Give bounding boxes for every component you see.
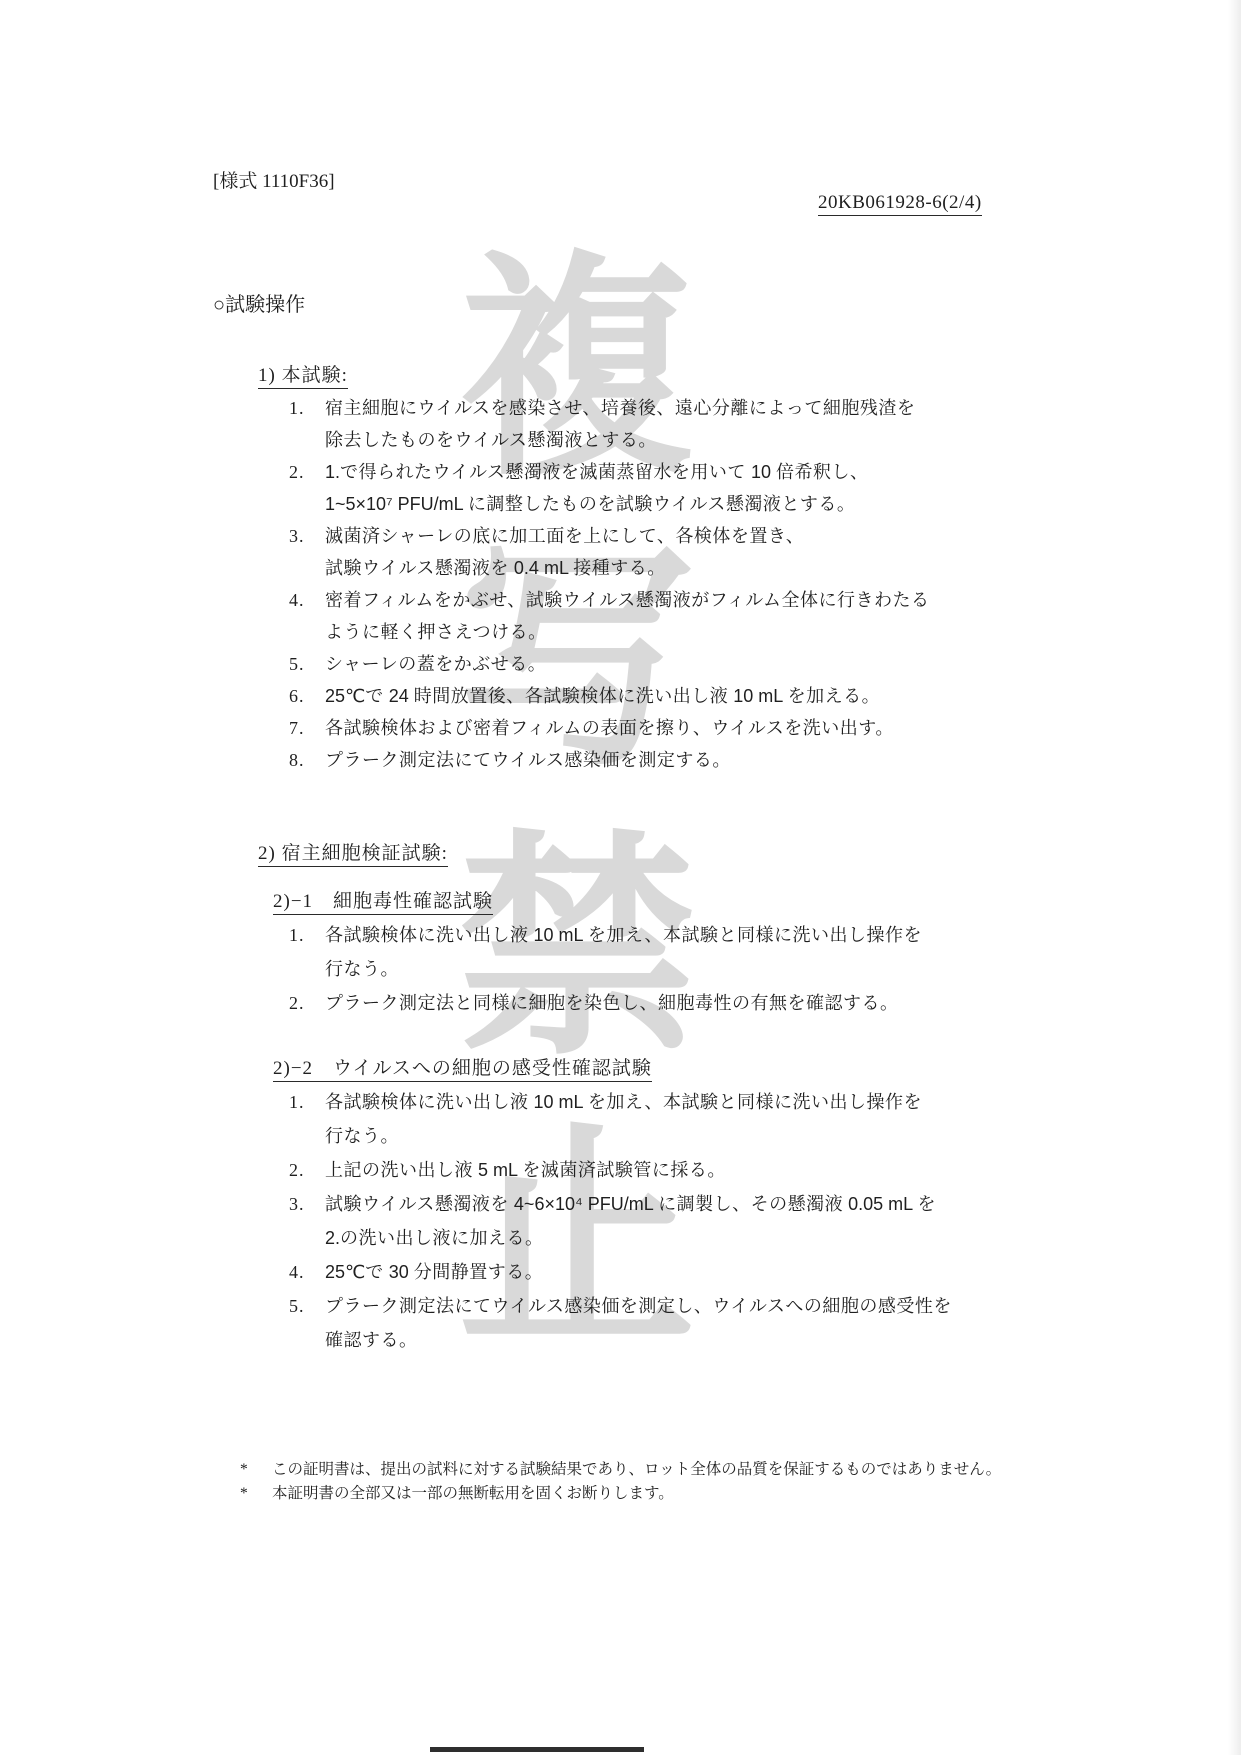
- item-lines: 試験ウイルス懸濁液を 4~6×10⁴ PFU/mL に調製し、その懸濁液 0.0…: [325, 1187, 1203, 1255]
- item-line: 行なう。: [325, 1119, 1203, 1153]
- footnote-marker: *: [240, 1458, 272, 1482]
- item-lines: 上記の洗い出し液 5 mL を滅菌済試験管に採る。: [325, 1153, 1203, 1187]
- item-line: 行なう。: [325, 952, 1203, 986]
- item-line: 1.で得られたウイルス懸濁液を滅菌蒸留水を用いて 10 倍希釈し、: [325, 456, 1203, 488]
- item-number: 2.: [289, 456, 325, 520]
- item-number: 7.: [289, 712, 325, 744]
- item-lines: 密着フィルムをかぶせ、試験ウイルス懸濁液がフィルム全体に行きわたるように軽く押さ…: [325, 584, 1203, 648]
- item-line: 試験ウイルス懸濁液を 4~6×10⁴ PFU/mL に調製し、その懸濁液 0.0…: [325, 1187, 1203, 1221]
- item-lines: 25℃で 24 時間放置後、各試験検体に洗い出し液 10 mL を加える。: [325, 680, 1203, 712]
- list-item: 1.宿主細胞にウイルスを感染させ、培養後、遠心分離によって細胞残渣を除去したもの…: [289, 392, 1203, 456]
- list-item: 4.25℃で 30 分間静置する。: [289, 1255, 1203, 1289]
- list-item: 1.各試験検体に洗い出し液 10 mL を加え、本試験と同様に洗い出し操作を行な…: [289, 1085, 1203, 1153]
- scan-bottom-mark: [430, 1747, 644, 1752]
- list-item: 5.シャーレの蓋をかぶせる。: [289, 648, 1203, 680]
- document-page: 複写禁止 [様式 1110F36] 20KB061928-6(2/4) ○試験操…: [0, 0, 1241, 1755]
- page-title: ○試験操作: [213, 288, 1203, 322]
- item-number: 1.: [289, 918, 325, 986]
- item-lines: 25℃で 30 分間静置する。: [325, 1255, 1203, 1289]
- item-lines: プラーク測定法と同様に細胞を染色し、細胞毒性の有無を確認する。: [325, 986, 1203, 1020]
- item-line: プラーク測定法にてウイルス感染価を測定し、ウイルスへの細胞の感受性を: [325, 1289, 1203, 1323]
- list-item: 7.各試験検体および密着フィルムの表面を擦り、ウイルスを洗い出す。: [289, 712, 1203, 744]
- section-heading-text: 2)−1 細胞毒性確認試験: [273, 891, 493, 915]
- item-number: 3.: [289, 520, 325, 584]
- item-number: 8.: [289, 744, 325, 776]
- footnote-text: 本証明書の全部又は一部の無断転用を固くお断りします。: [272, 1482, 674, 1506]
- document-number: 20KB061928-6(2/4): [818, 192, 982, 216]
- list-item: 2.プラーク測定法と同様に細胞を染色し、細胞毒性の有無を確認する。: [289, 986, 1203, 1020]
- section: 2) 宿主細胞検証試験:: [213, 838, 1203, 870]
- section: 2)−2 ウイルスへの細胞の感受性確認試験1.各試験検体に洗い出し液 10 mL…: [213, 1053, 1203, 1357]
- list-item: 2.1.で得られたウイルス懸濁液を滅菌蒸留水を用いて 10 倍希釈し、1~5×1…: [289, 456, 1203, 520]
- item-lines: 各試験検体に洗い出し液 10 mL を加え、本試験と同様に洗い出し操作を行なう。: [325, 1085, 1203, 1153]
- footnote: *この証明書は、提出の試料に対する試験結果であり、ロット全体の品質を保証するもの…: [240, 1458, 1001, 1482]
- section-heading-text: 2)−2 ウイルスへの細胞の感受性確認試験: [273, 1058, 652, 1082]
- item-line: 試験ウイルス懸濁液を 0.4 mL 接種する。: [325, 552, 1203, 584]
- item-number: 4.: [289, 584, 325, 648]
- document-body: ○試験操作 1) 本試験:1.宿主細胞にウイルスを感染させ、培養後、遠心分離によ…: [213, 288, 1203, 1357]
- section-heading: 2) 宿主細胞検証試験:: [213, 838, 1203, 870]
- list-item: 3.試験ウイルス懸濁液を 4~6×10⁴ PFU/mL に調製し、その懸濁液 0…: [289, 1187, 1203, 1255]
- item-line: 1~5×10⁷ PFU/mL に調整したものを試験ウイルス懸濁液とする。: [325, 488, 1203, 520]
- section-heading-text: 1) 本試験:: [258, 365, 348, 389]
- item-lines: シャーレの蓋をかぶせる。: [325, 648, 1203, 680]
- item-lines: 各試験検体および密着フィルムの表面を擦り、ウイルスを洗い出す。: [325, 712, 1203, 744]
- list-item: 6.25℃で 24 時間放置後、各試験検体に洗い出し液 10 mL を加える。: [289, 680, 1203, 712]
- item-number: 2.: [289, 1153, 325, 1187]
- item-number: 5.: [289, 1289, 325, 1357]
- item-line: 25℃で 30 分間静置する。: [325, 1255, 1203, 1289]
- item-lines: 滅菌済シャーレの底に加工面を上にして、各検体を置き、試験ウイルス懸濁液を 0.4…: [325, 520, 1203, 584]
- item-line: 確認する。: [325, 1323, 1203, 1357]
- item-line: 2.の洗い出し液に加える。: [325, 1221, 1203, 1255]
- item-line: 各試験検体および密着フィルムの表面を擦り、ウイルスを洗い出す。: [325, 712, 1203, 744]
- item-number: 1.: [289, 1085, 325, 1153]
- footnote-marker: *: [240, 1482, 272, 1506]
- item-number: 4.: [289, 1255, 325, 1289]
- list-item: 8.プラーク測定法にてウイルス感染価を測定する。: [289, 744, 1203, 776]
- section-heading: 2)−2 ウイルスへの細胞の感受性確認試験: [213, 1053, 1203, 1085]
- item-line: 上記の洗い出し液 5 mL を滅菌済試験管に採る。: [325, 1153, 1203, 1187]
- list-item: 1.各試験検体に洗い出し液 10 mL を加え、本試験と同様に洗い出し操作を行な…: [289, 918, 1203, 986]
- footnotes: *この証明書は、提出の試料に対する試験結果であり、ロット全体の品質を保証するもの…: [240, 1458, 1001, 1506]
- item-number: 5.: [289, 648, 325, 680]
- item-line: 滅菌済シャーレの底に加工面を上にして、各検体を置き、: [325, 520, 1203, 552]
- section-heading-text: 2) 宿主細胞検証試験:: [258, 843, 448, 867]
- item-lines: 各試験検体に洗い出し液 10 mL を加え、本試験と同様に洗い出し操作を行なう。: [325, 918, 1203, 986]
- item-line: 密着フィルムをかぶせ、試験ウイルス懸濁液がフィルム全体に行きわたる: [325, 584, 1203, 616]
- item-line: プラーク測定法にてウイルス感染価を測定する。: [325, 744, 1203, 776]
- item-line: プラーク測定法と同様に細胞を染色し、細胞毒性の有無を確認する。: [325, 986, 1203, 1020]
- section-heading: 2)−1 細胞毒性確認試験: [213, 886, 1203, 918]
- item-line: 各試験検体に洗い出し液 10 mL を加え、本試験と同様に洗い出し操作を: [325, 1085, 1203, 1119]
- item-line: 除去したものをウイルス懸濁液とする。: [325, 424, 1203, 456]
- item-lines: 宿主細胞にウイルスを感染させ、培養後、遠心分離によって細胞残渣を除去したものをウ…: [325, 392, 1203, 456]
- sections-container: 1) 本試験:1.宿主細胞にウイルスを感染させ、培養後、遠心分離によって細胞残渣…: [213, 360, 1203, 1357]
- footnote-text: この証明書は、提出の試料に対する試験結果であり、ロット全体の品質を保証するもので…: [272, 1458, 1001, 1482]
- item-number: 3.: [289, 1187, 325, 1255]
- scan-edge-shadow: [1228, 0, 1241, 1755]
- item-line: 宿主細胞にウイルスを感染させ、培養後、遠心分離によって細胞残渣を: [325, 392, 1203, 424]
- item-number: 6.: [289, 680, 325, 712]
- item-number: 1.: [289, 392, 325, 456]
- item-lines: プラーク測定法にてウイルス感染価を測定し、ウイルスへの細胞の感受性を確認する。: [325, 1289, 1203, 1357]
- list-item: 2.上記の洗い出し液 5 mL を滅菌済試験管に採る。: [289, 1153, 1203, 1187]
- item-lines: 1.で得られたウイルス懸濁液を滅菌蒸留水を用いて 10 倍希釈し、1~5×10⁷…: [325, 456, 1203, 520]
- item-line: 各試験検体に洗い出し液 10 mL を加え、本試験と同様に洗い出し操作を: [325, 918, 1203, 952]
- footnote: *本証明書の全部又は一部の無断転用を固くお断りします。: [240, 1482, 1001, 1506]
- item-line: ように軽く押さえつける。: [325, 616, 1203, 648]
- list-item: 5.プラーク測定法にてウイルス感染価を測定し、ウイルスへの細胞の感受性を確認する…: [289, 1289, 1203, 1357]
- item-line: 25℃で 24 時間放置後、各試験検体に洗い出し液 10 mL を加える。: [325, 680, 1203, 712]
- section-heading: 1) 本試験:: [213, 360, 1203, 392]
- item-line: シャーレの蓋をかぶせる。: [325, 648, 1203, 680]
- list-item: 4.密着フィルムをかぶせ、試験ウイルス懸濁液がフィルム全体に行きわたるように軽く…: [289, 584, 1203, 648]
- item-lines: プラーク測定法にてウイルス感染価を測定する。: [325, 744, 1203, 776]
- section: 1) 本試験:1.宿主細胞にウイルスを感染させ、培養後、遠心分離によって細胞残渣…: [213, 360, 1203, 776]
- item-number: 2.: [289, 986, 325, 1020]
- section: 2)−1 細胞毒性確認試験1.各試験検体に洗い出し液 10 mL を加え、本試験…: [213, 886, 1203, 1020]
- form-label: [様式 1110F36]: [213, 166, 335, 193]
- list-item: 3.滅菌済シャーレの底に加工面を上にして、各検体を置き、試験ウイルス懸濁液を 0…: [289, 520, 1203, 584]
